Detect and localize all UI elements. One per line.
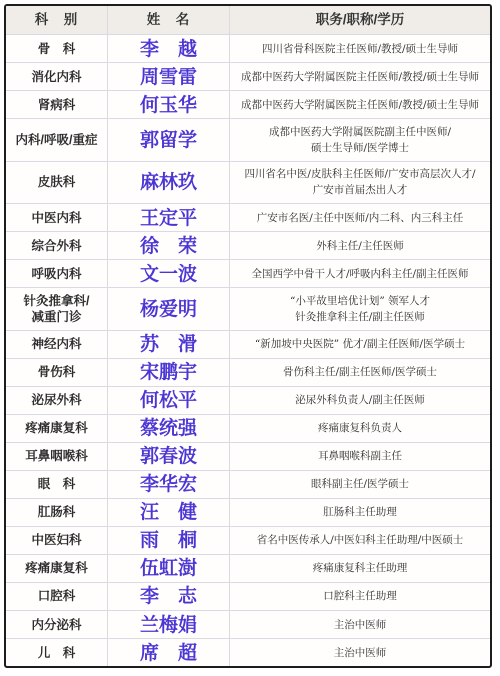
title-cell: 全国西学中骨干人才/呼吸内科主任/副主任医师 — [230, 260, 490, 287]
table-row: 疼痛康复科蔡统强疼痛康复科负责人 — [6, 414, 490, 442]
name-cell: 何玉华 — [108, 91, 230, 118]
title-cell: 广安市名医/主任中医师/内二科、内三科主任 — [230, 204, 490, 231]
title-cell: 肛肠科主任助理 — [230, 499, 490, 526]
table-row: 呼吸内科文一波全国西学中骨干人才/呼吸内科主任/副主任医师 — [6, 259, 490, 287]
name-cell: 雨 桐 — [108, 527, 230, 554]
header-row: 科 别 姓 名 职务/职称/学历 — [6, 6, 490, 34]
dept-cell: 呼吸内科 — [6, 260, 108, 287]
dept-cell: 骨 科 — [6, 35, 108, 62]
header-title: 职务/职称/学历 — [230, 6, 490, 34]
table-row: 肛肠科汪 健肛肠科主任助理 — [6, 498, 490, 526]
name-cell: 李 志 — [108, 583, 230, 610]
table-row: 消化内科周雪雷成都中医药大学附属医院主任医师/教授/硕士生导师 — [6, 62, 490, 90]
title-cell: 口腔科主任助理 — [230, 583, 490, 610]
name-cell: 郭留学 — [108, 119, 230, 161]
header-name: 姓 名 — [108, 6, 230, 34]
table-row: 中医内科王定平广安市名医/主任中医师/内二科、内三科主任 — [6, 203, 490, 231]
dept-cell: 内科/呼吸/重症 — [6, 119, 108, 161]
table-row: 肾病科何玉华成都中医药大学附属医院主任医师/教授/硕士生导师 — [6, 90, 490, 118]
name-cell: 宋鹏宇 — [108, 359, 230, 386]
name-cell: 伍虹澍 — [108, 555, 230, 582]
name-cell: 文一波 — [108, 260, 230, 287]
table-row: 中医妇科雨 桐省名中医传承人/中医妇科主任助理/中医硕士 — [6, 526, 490, 554]
table-row: 泌尿外科何松平泌尿外科负责人/副主任医师 — [6, 386, 490, 414]
title-cell: 泌尿外科负责人/副主任医师 — [230, 387, 490, 414]
name-cell: 杨爱明 — [108, 288, 230, 330]
title-cell: 成都中医药大学附属医院副主任中医师/ 硕士生导师/医学博士 — [230, 119, 490, 161]
header-dept: 科 别 — [6, 6, 108, 34]
title-cell: “新加坡中央医院” 优才/副主任医师/医学硕士 — [230, 331, 490, 358]
dept-cell: 神经内科 — [6, 331, 108, 358]
title-cell: “小平故里培优计划” 领军人才 针灸推拿科主任/副主任医师 — [230, 288, 490, 330]
title-cell: 主治中医师 — [230, 611, 490, 638]
title-cell: 成都中医药大学附属医院主任医师/教授/硕士生导师 — [230, 91, 490, 118]
name-cell: 汪 健 — [108, 499, 230, 526]
staff-table: 科 别 姓 名 职务/职称/学历 骨 科李 越四川省骨科医院主任医师/教授/硕士… — [4, 4, 492, 668]
dept-cell: 口腔科 — [6, 583, 108, 610]
dept-cell: 皮肤科 — [6, 162, 108, 204]
name-cell: 麻林玖 — [108, 162, 230, 204]
dept-cell: 骨伤科 — [6, 359, 108, 386]
dept-cell: 眼 科 — [6, 471, 108, 498]
dept-cell: 针灸推拿科/ 减重门诊 — [6, 288, 108, 330]
name-cell: 徐 荣 — [108, 232, 230, 259]
table-row: 针灸推拿科/ 减重门诊杨爱明“小平故里培优计划” 领军人才 针灸推拿科主任/副主… — [6, 287, 490, 330]
title-cell: 疼痛康复科负责人 — [230, 415, 490, 442]
dept-cell: 疼痛康复科 — [6, 415, 108, 442]
name-cell: 何松平 — [108, 387, 230, 414]
title-cell: 成都中医药大学附属医院主任医师/教授/硕士生导师 — [230, 63, 490, 90]
dept-cell: 肾病科 — [6, 91, 108, 118]
dept-cell: 泌尿外科 — [6, 387, 108, 414]
name-cell: 李华宏 — [108, 471, 230, 498]
dept-cell: 综合外科 — [6, 232, 108, 259]
table-row: 综合外科徐 荣外科主任/主任医师 — [6, 231, 490, 259]
name-cell: 兰梅娟 — [108, 611, 230, 638]
table-row: 口腔科李 志口腔科主任助理 — [6, 582, 490, 610]
table-row: 内科/呼吸/重症郭留学成都中医药大学附属医院副主任中医师/ 硕士生导师/医学博士 — [6, 118, 490, 161]
dept-cell: 肛肠科 — [6, 499, 108, 526]
name-cell: 席 超 — [108, 639, 230, 666]
dept-cell: 疼痛康复科 — [6, 555, 108, 582]
title-cell: 四川省名中医/皮肤科主任医师/广安市高层次人才/ 广安市首届杰出人才 — [230, 162, 490, 204]
dept-cell: 中医内科 — [6, 204, 108, 231]
table-row: 眼 科李华宏眼科副主任/医学硕士 — [6, 470, 490, 498]
name-cell: 郭春波 — [108, 443, 230, 470]
title-cell: 省名中医传承人/中医妇科主任助理/中医硕士 — [230, 527, 490, 554]
dept-cell: 耳鼻咽喉科 — [6, 443, 108, 470]
dept-cell: 内分泌科 — [6, 611, 108, 638]
table-row: 皮肤科麻林玖四川省名中医/皮肤科主任医师/广安市高层次人才/ 广安市首届杰出人才 — [6, 161, 490, 204]
title-cell: 骨伤科主任/副主任医师/医学硕士 — [230, 359, 490, 386]
title-cell: 四川省骨科医院主任医师/教授/硕士生导师 — [230, 35, 490, 62]
table-row: 疼痛康复科伍虹澍疼痛康复科主任助理 — [6, 554, 490, 582]
name-cell: 王定平 — [108, 204, 230, 231]
dept-cell: 消化内科 — [6, 63, 108, 90]
table-row: 内分泌科兰梅娟主治中医师 — [6, 610, 490, 638]
name-cell: 蔡统强 — [108, 415, 230, 442]
table-row: 儿 科席 超主治中医师 — [6, 638, 490, 666]
title-cell: 疼痛康复科主任助理 — [230, 555, 490, 582]
dept-cell: 中医妇科 — [6, 527, 108, 554]
table-row: 耳鼻咽喉科郭春波耳鼻咽喉科副主任 — [6, 442, 490, 470]
title-cell: 外科主任/主任医师 — [230, 232, 490, 259]
title-cell: 主治中医师 — [230, 639, 490, 666]
table-row: 神经内科苏 滑“新加坡中央医院” 优才/副主任医师/医学硕士 — [6, 330, 490, 358]
name-cell: 苏 滑 — [108, 331, 230, 358]
title-cell: 眼科副主任/医学硕士 — [230, 471, 490, 498]
table-row: 骨 科李 越四川省骨科医院主任医师/教授/硕士生导师 — [6, 34, 490, 62]
name-cell: 周雪雷 — [108, 63, 230, 90]
table-row: 骨伤科宋鹏宇骨伤科主任/副主任医师/医学硕士 — [6, 358, 490, 386]
name-cell: 李 越 — [108, 35, 230, 62]
title-cell: 耳鼻咽喉科副主任 — [230, 443, 490, 470]
dept-cell: 儿 科 — [6, 639, 108, 666]
